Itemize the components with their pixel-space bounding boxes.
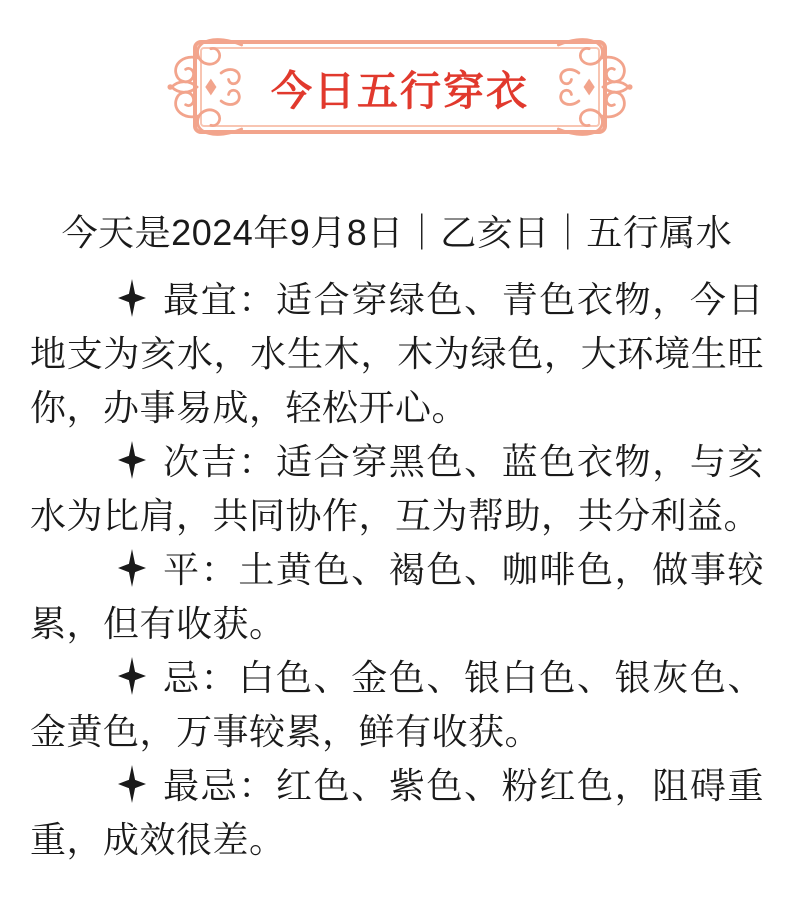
page-title: 今日五行穿衣 [193, 40, 607, 134]
four-pointed-star-icon [118, 549, 146, 587]
filigree-ornament-icon [167, 35, 251, 139]
four-pointed-star-icon [118, 657, 146, 695]
section-label: 最宜： [162, 279, 276, 320]
section-body: 白色、金色、银白色、银灰色、金黄色，万事较累，鲜有收获。 [30, 657, 764, 752]
poster-page: { "banner": { "title": "今日五行穿衣", "orname… [0, 0, 800, 907]
section-body: 红色、紫色、粉红色，阻碍重重，成效很差。 [30, 765, 764, 860]
title-banner: 今日五行穿衣 [193, 40, 607, 134]
sections: 最宜：适合穿绿色、青色衣物，今日地支为亥水，水生木，木为绿色，大环境生旺你，办事… [30, 273, 764, 867]
filigree-ornament-icon [549, 35, 633, 139]
section-body: 适合穿绿色、青色衣物，今日地支为亥水，水生木，木为绿色，大环境生旺你，办事易成，… [30, 279, 764, 428]
section-label: 次吉： [162, 441, 276, 482]
section-label: 最忌： [162, 765, 276, 806]
section-label: 平： [162, 549, 238, 590]
section-ji: 忌：白色、金色、银白色、银灰色、金黄色，万事较累，鲜有收获。 [30, 651, 764, 759]
section-body: 适合穿黑色、蓝色衣物，与亥水为比肩，共同协作，互为帮助，共分利益。 [30, 441, 764, 536]
section-ping: 平：土黄色、褐色、咖啡色，做事较累，但有收获。 [30, 543, 764, 651]
section-zuiyi: 最宜：适合穿绿色、青色衣物，今日地支为亥水，水生木，木为绿色，大环境生旺你，办事… [30, 273, 764, 435]
section-zuiji: 最忌：红色、紫色、粉红色，阻碍重重，成效很差。 [30, 759, 764, 867]
section-ciji: 次吉：适合穿黑色、蓝色衣物，与亥水为比肩，共同协作，互为帮助，共分利益。 [30, 435, 764, 543]
section-body: 土黄色、褐色、咖啡色，做事较累，但有收获。 [30, 549, 764, 644]
content-area: 今天是2024年9月8日｜乙亥日｜五行属水 最宜：适合穿绿色、青色衣物，今日地支… [0, 206, 800, 867]
four-pointed-star-icon [118, 441, 146, 479]
date-line: 今天是2024年9月8日｜乙亥日｜五行属水 [30, 206, 764, 260]
four-pointed-star-icon [118, 279, 146, 317]
section-label: 忌： [162, 657, 238, 698]
four-pointed-star-icon [118, 765, 146, 803]
